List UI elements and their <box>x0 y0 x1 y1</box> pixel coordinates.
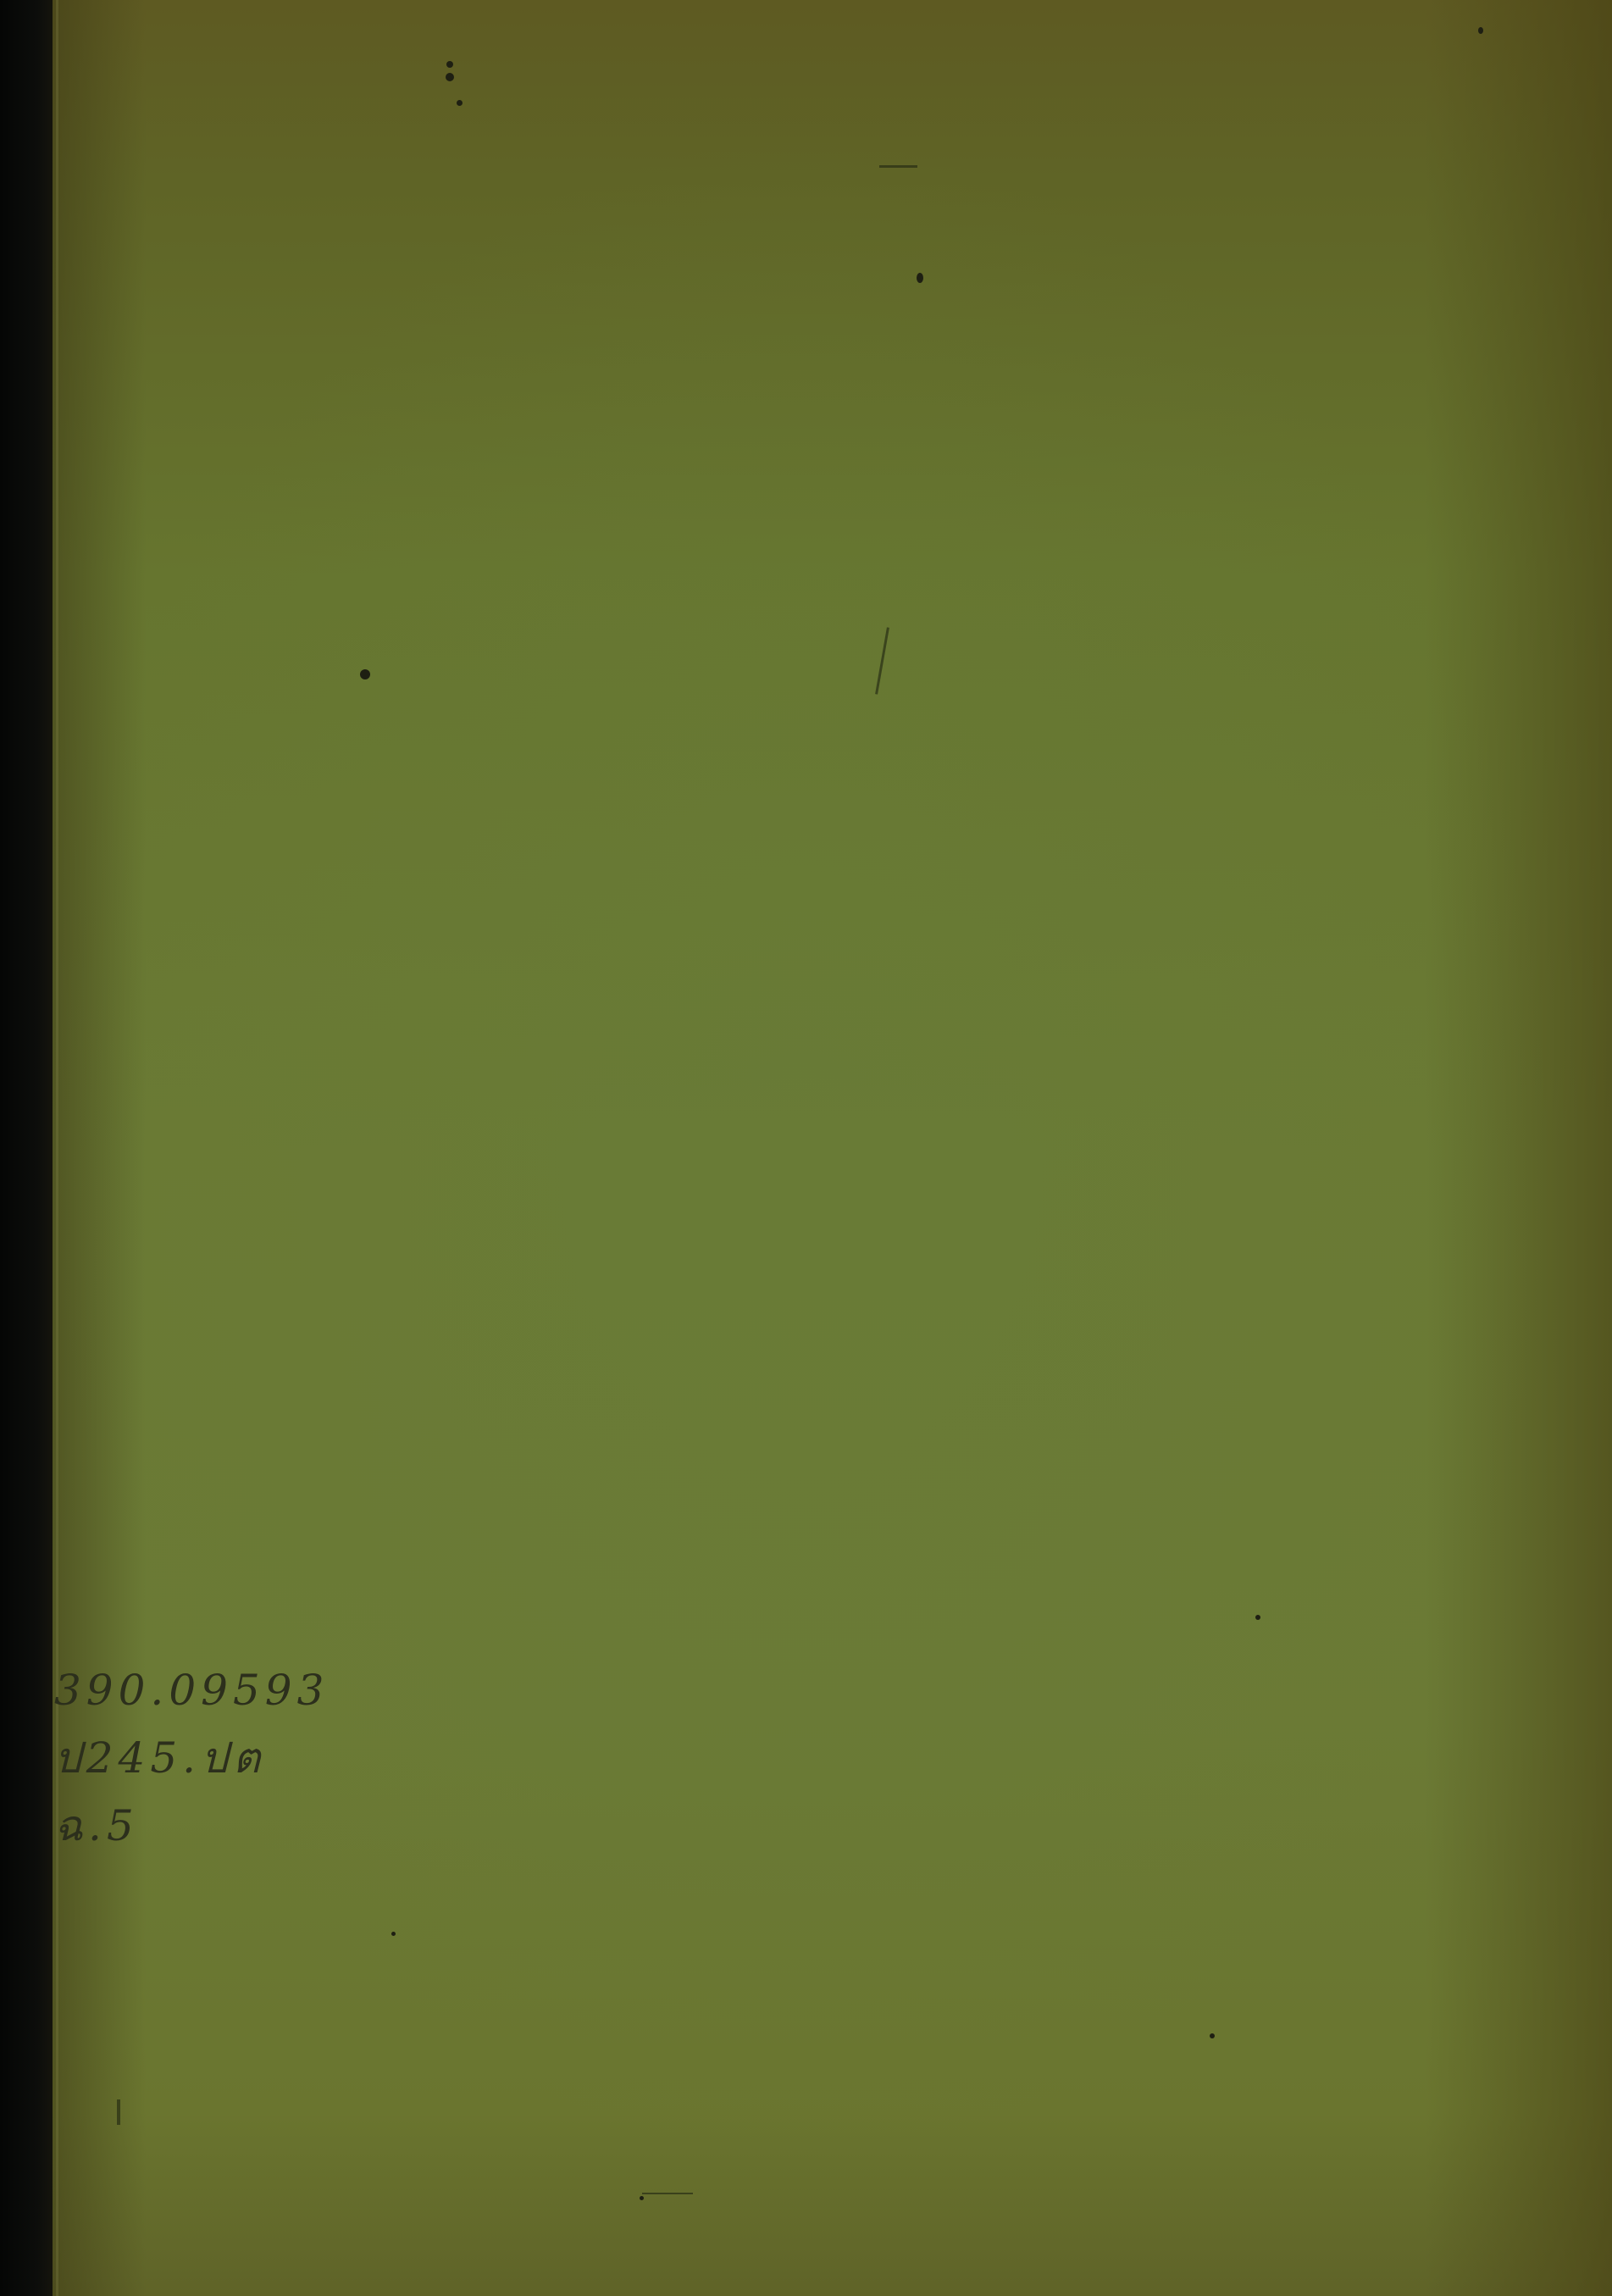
call-number-line-2: ป245.ปต <box>54 1724 329 1792</box>
scratch-mark <box>642 2193 693 2194</box>
call-number-line-1: 390.09593 <box>54 1656 329 1724</box>
speck-mark <box>1478 27 1483 34</box>
scratch-mark <box>117 2099 120 2125</box>
speck-mark <box>360 669 370 679</box>
speck-mark <box>1255 1615 1260 1620</box>
speck-mark <box>1210 2033 1215 2038</box>
scratch-mark <box>879 165 917 168</box>
speck-mark <box>640 2196 644 2200</box>
book-binding-strip <box>0 0 53 2296</box>
speck-mark <box>917 273 923 283</box>
handwritten-call-number: 390.09593 ป245.ปต ฉ.5 <box>54 1656 329 1860</box>
speck-mark <box>391 1932 396 1936</box>
speck-mark <box>446 73 454 81</box>
call-number-line-3: ฉ.5 <box>54 1792 329 1860</box>
book-cover <box>53 0 1612 2296</box>
speck-mark <box>446 61 453 68</box>
speck-mark <box>457 100 463 106</box>
cover-edge <box>56 0 58 2296</box>
